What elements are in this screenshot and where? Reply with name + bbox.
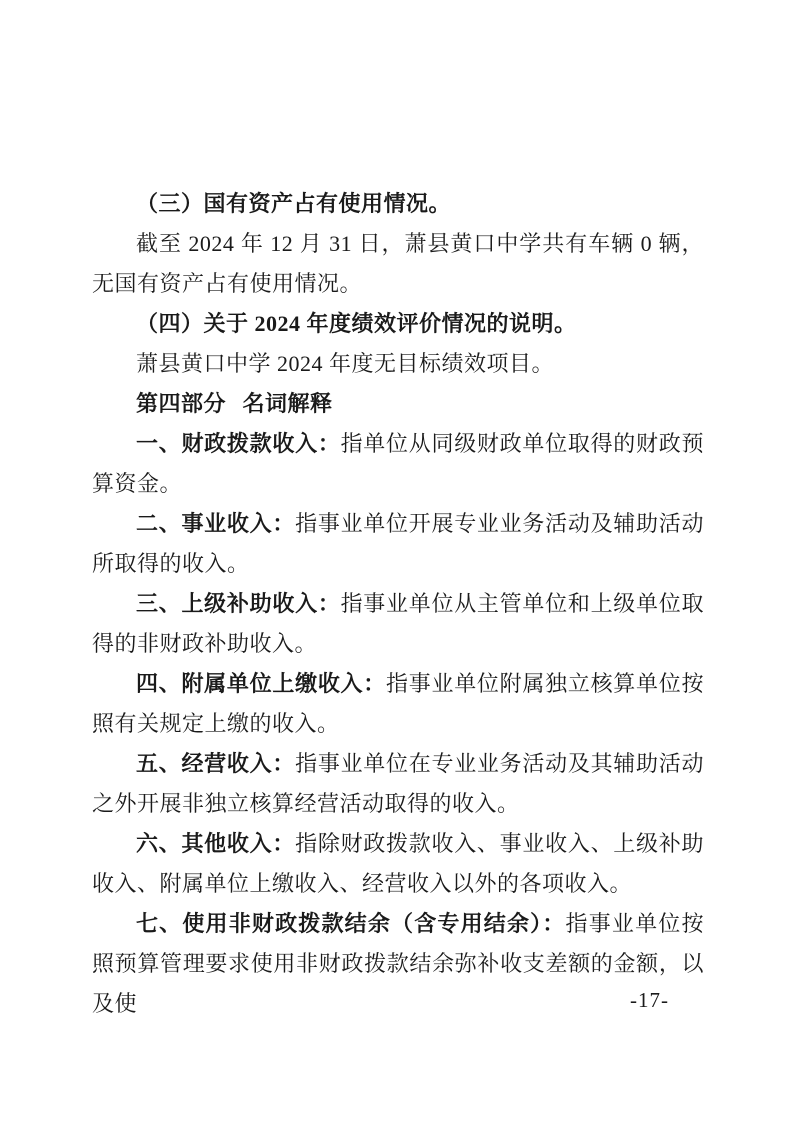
term-label: 第四部分 名词解释 <box>136 391 333 416</box>
term-label: 七、使用非财政拨款结余（含专用结余）： <box>136 911 566 936</box>
term-label: 六、其他收入： <box>136 831 295 856</box>
paragraph: 四、附属单位上缴收入：指事业单位附属独立核算单位按照有关规定上缴的收入。 <box>92 664 704 744</box>
paragraph: 七、使用非财政拨款结余（含专用结余）：指事业单位按照预算管理要求使用非财政拨款结… <box>92 904 704 1024</box>
term-label: 一、财政拨款收入： <box>136 431 341 456</box>
section-heading: （三）国有资产占有使用情况。 <box>92 184 704 224</box>
paragraph: 一、财政拨款收入：指单位从同级财政单位取得的财政预算资金。 <box>92 424 704 504</box>
document-body: （三）国有资产占有使用情况。截至 2024 年 12 月 31 日，萧县黄口中学… <box>92 184 704 1024</box>
paragraph: 截至 2024 年 12 月 31 日，萧县黄口中学共有车辆 0 辆，无国有资产… <box>92 224 704 304</box>
section-heading: 第四部分 名词解释 <box>92 384 704 424</box>
paragraph-text: 截至 2024 年 12 月 31 日，萧县黄口中学共有车辆 0 辆，无国有资产… <box>92 231 704 296</box>
term-label: 五、经营收入： <box>136 751 295 776</box>
term-label: 四、附属单位上缴收入： <box>136 671 386 696</box>
term-label: （四）关于 2024 年度绩效评价情况的说明。 <box>136 311 577 336</box>
term-label: 三、上级补助收入： <box>136 591 341 616</box>
paragraph: 萧县黄口中学 2024 年度无目标绩效项目。 <box>92 344 704 384</box>
term-label: （三）国有资产占有使用情况。 <box>136 191 451 216</box>
paragraph: 六、其他收入：指除财政拨款收入、事业收入、上级补助收入、附属单位上缴收入、经营收… <box>92 824 704 904</box>
paragraph-text: 萧县黄口中学 2024 年度无目标绩效项目。 <box>136 351 554 376</box>
paragraph: 五、经营收入：指事业单位在专业业务活动及其辅助活动之外开展非独立核算经营活动取得… <box>92 744 704 824</box>
section-heading: （四）关于 2024 年度绩效评价情况的说明。 <box>92 304 704 344</box>
document-page: （三）国有资产占有使用情况。截至 2024 年 12 月 31 日，萧县黄口中学… <box>0 0 793 1122</box>
paragraph: 三、上级补助收入：指事业单位从主管单位和上级单位取得的非财政补助收入。 <box>92 584 704 664</box>
page-number: -17- <box>630 988 669 1012</box>
paragraph: 二、事业收入：指事业单位开展专业业务活动及辅助活动所取得的收入。 <box>92 504 704 584</box>
term-label: 二、事业收入： <box>136 511 295 536</box>
